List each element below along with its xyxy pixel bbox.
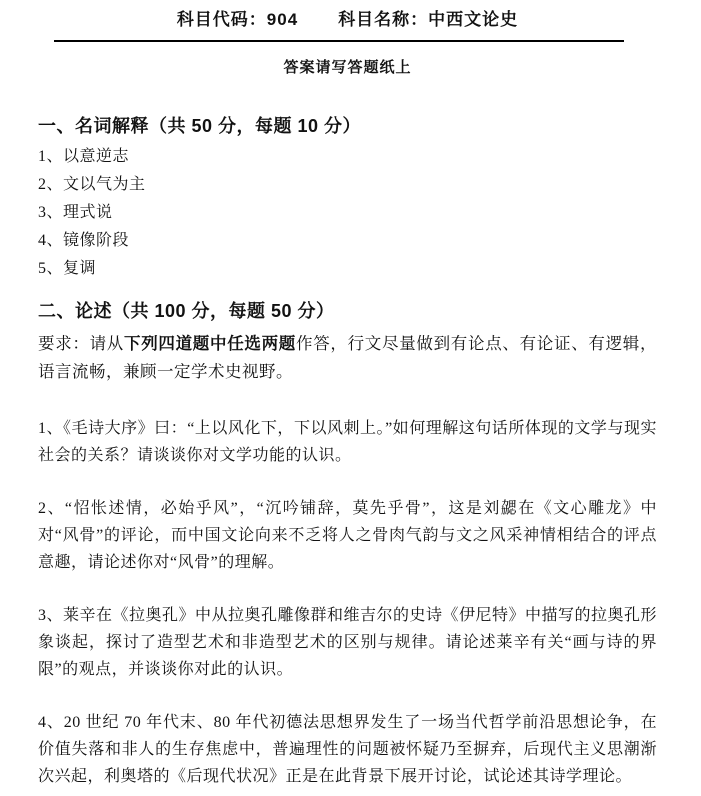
exam-paper-page: 科目代码：904 科目名称：中西文论史 答案请写答题纸上 一、名词解释（共 50… xyxy=(0,0,701,796)
term-list: 1、以意逆志 2、文以气为主 3、理式说 4、镜像阶段 5、复调 xyxy=(38,143,657,283)
question-item: 4、20 世纪 70 年代末、80 年代初德法思想界发生了一场当代哲学前沿思想论… xyxy=(38,709,657,790)
question-item: 2、“怊怅述情，必始乎风”，“沉吟铺辞，莫先乎骨”，这是刘勰在《文心雕龙》中对“… xyxy=(38,495,657,576)
term-item: 4、镜像阶段 xyxy=(38,227,657,255)
requirement-emphasis: 下列四道题中任选两题 xyxy=(124,335,296,353)
term-item: 5、复调 xyxy=(38,255,657,283)
paper-header: 科目代码：904 科目名称：中西文论史 xyxy=(38,8,657,32)
subject-code: 科目代码：904 xyxy=(177,8,298,32)
subject-name: 科目名称：中西文论史 xyxy=(338,8,518,32)
question-item: 3、莱辛在《拉奥孔》中从拉奥孔雕像群和维吉尔的史诗《伊尼特》中描写的拉奥孔形象谈… xyxy=(38,602,657,683)
header-divider xyxy=(54,40,624,42)
section-two-title: 二、论述（共 100 分，每题 50 分） xyxy=(38,299,657,324)
requirement-text: 要求：请从下列四道题中任选两题作答，行文尽量做到有论点、有论证、有逻辑，语言流畅… xyxy=(38,330,657,385)
section-one-title: 一、名词解释（共 50 分，每题 10 分） xyxy=(38,114,657,139)
requirement-prefix: 要求：请从 xyxy=(38,334,124,353)
term-item: 1、以意逆志 xyxy=(38,143,657,171)
term-item: 2、文以气为主 xyxy=(38,171,657,199)
term-item: 3、理式说 xyxy=(38,199,657,227)
question-item: 1、《毛诗大序》曰：“上以风化下，下以风刺上。”如何理解这句话所体现的文学与现实… xyxy=(38,415,657,469)
answer-notice: 答案请写答题纸上 xyxy=(38,57,657,78)
